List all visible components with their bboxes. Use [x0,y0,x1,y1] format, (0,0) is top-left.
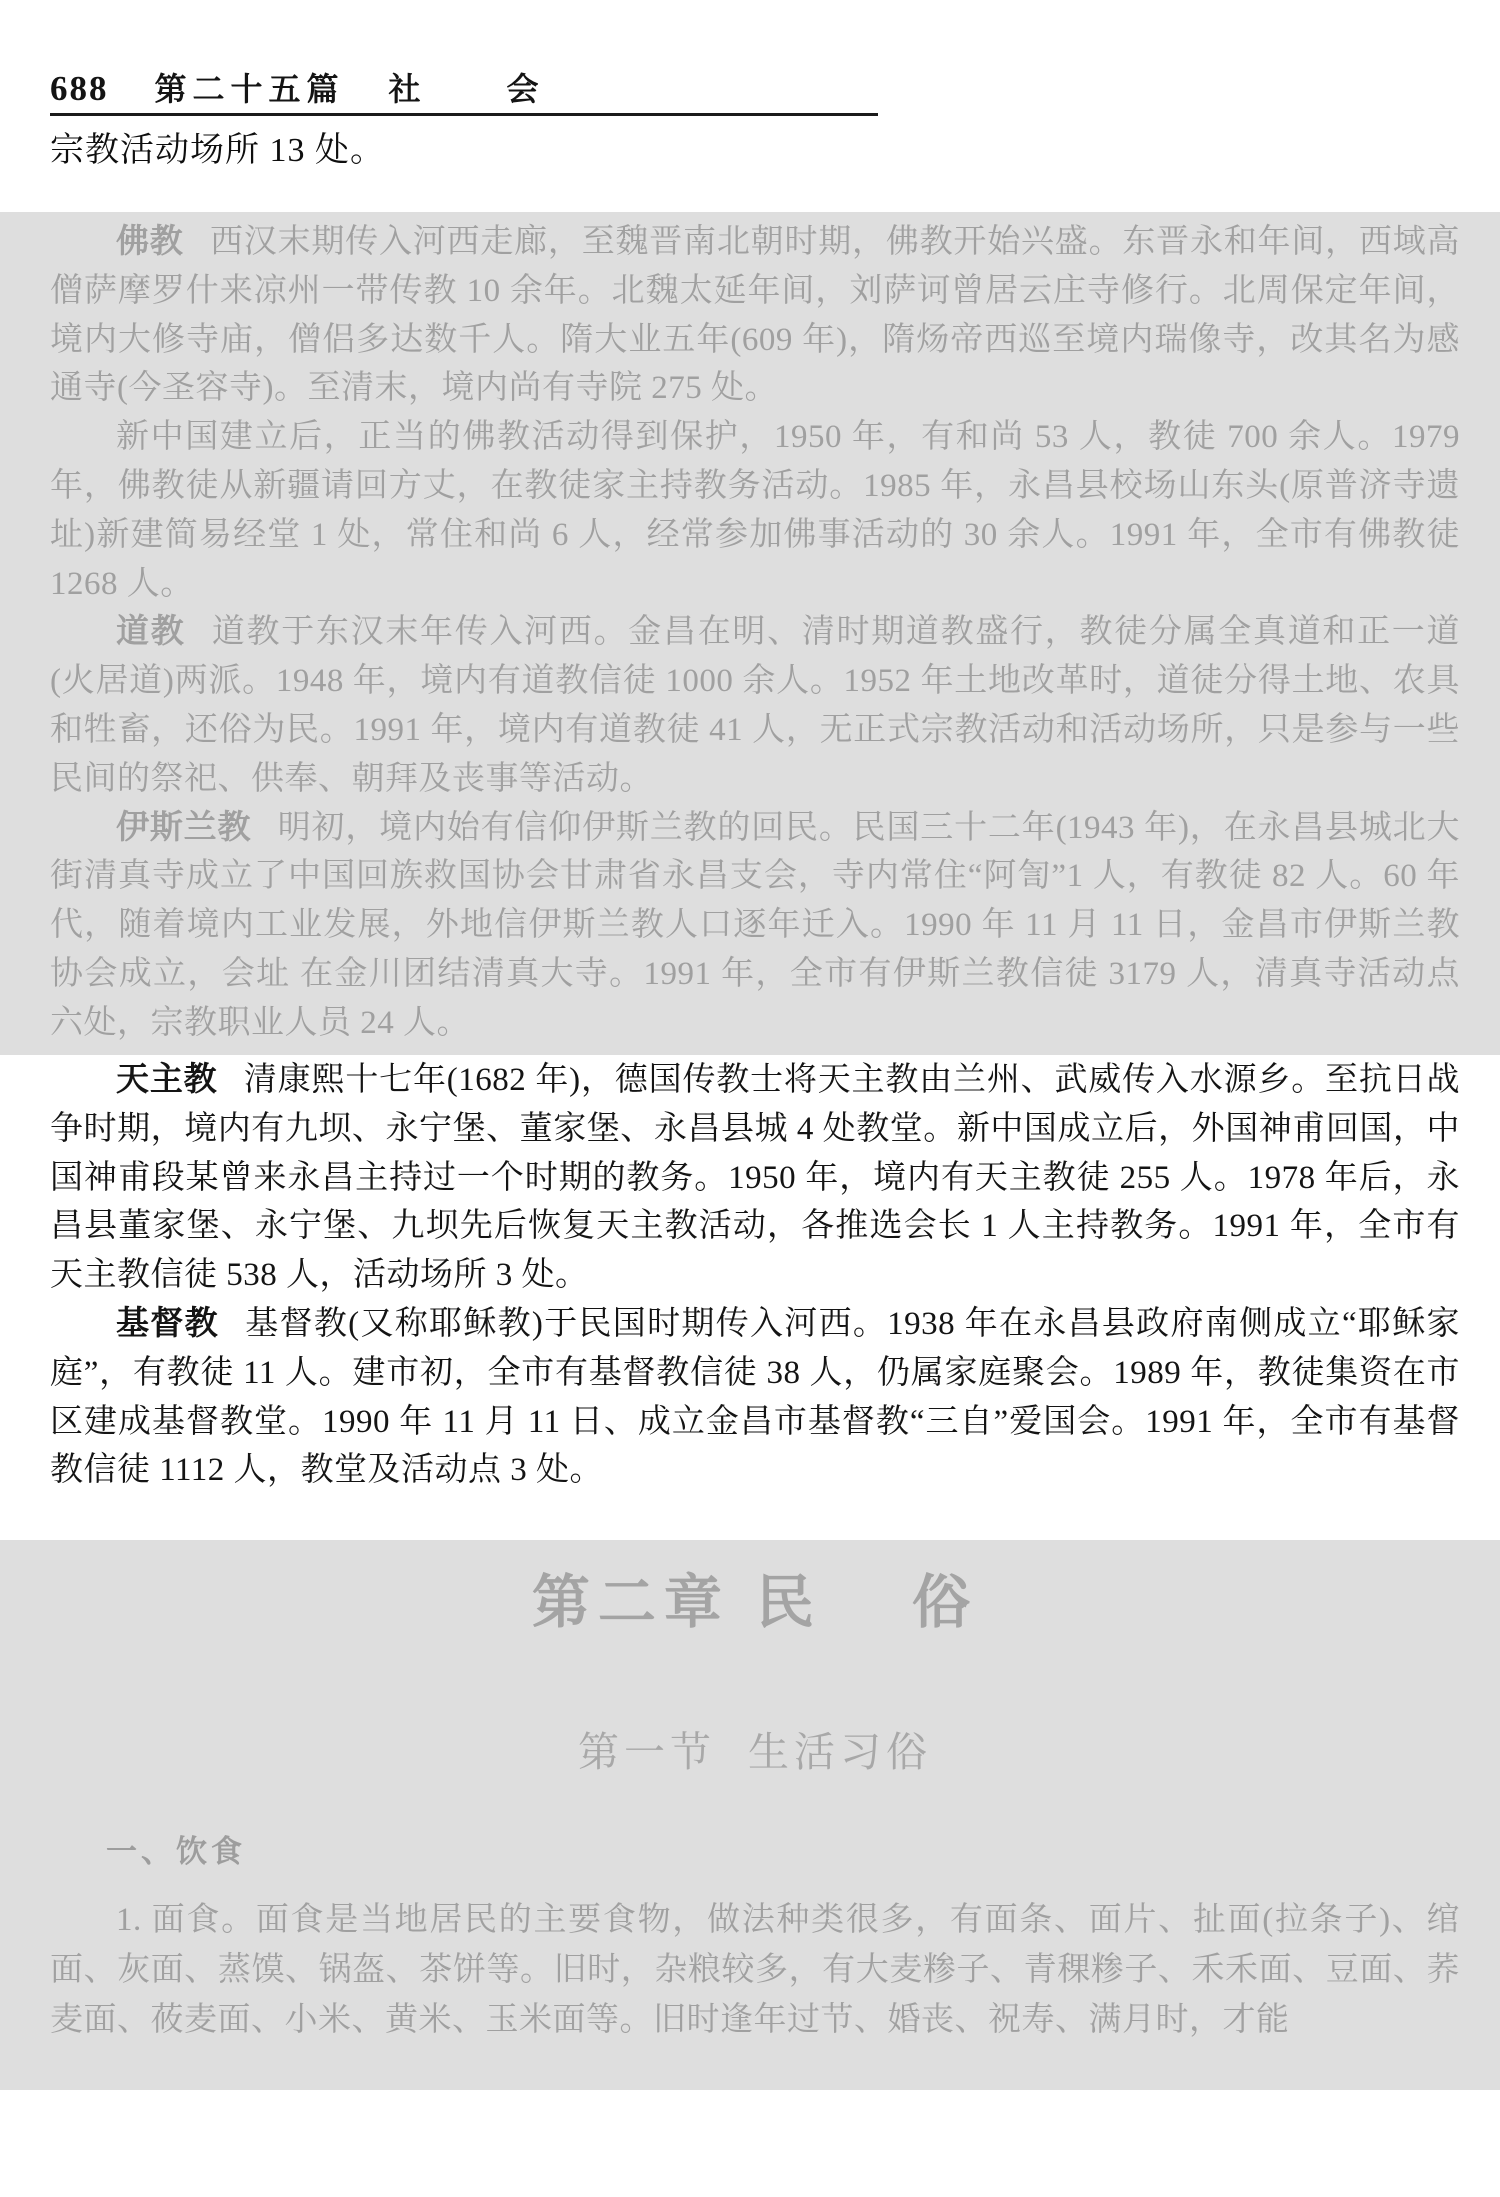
paragraph-taoism: 道教道教于东汉末年传入河西。金昌在明、清时期道教盛行，教徒分属全真道和正一道(火… [50,608,1460,803]
part-title: 社 会 [389,64,539,110]
paragraph-lead-islam: 伊斯兰教 [116,810,251,846]
paragraph-buddhism: 佛教西汉末期传入河西走廊，至魏晋南北朝时期，佛教开始兴盛。东晋永和年间，西域高僧… [50,218,1460,413]
part-label: 第二十五篇 [155,64,345,110]
paragraph-text: 西汉末期传入河西走廊，至魏晋南北朝时期，佛教开始兴盛。东晋永和年间，西域高僧萨摩… [50,224,1460,406]
page-number: 688 [50,69,109,109]
paragraph-buddhism-continued: 新中国建立后，正当的佛教活动得到保护，1950 年，有和尚 53 人，教徒 70… [50,413,1460,608]
chapter-title: 民 俗 [756,1570,978,1635]
paragraph-text: 明初，境内始有信仰伊斯兰教的回民。民国三十二年(1943 年)，在永昌县城北大街… [50,810,1460,1041]
faded-scan-band-religion: 佛教西汉末期传入河西走廊，至魏晋南北朝时期，佛教开始兴盛。东晋永和年间，西域高僧… [0,212,1500,1055]
paragraph-text: 新中国建立后，正当的佛教活动得到保护，1950 年，有和尚 53 人，教徒 70… [50,419,1460,601]
carryover-line: 宗教活动场所 13 处。 [50,122,385,171]
paragraph-lead-christianity: 基督教 [116,1306,219,1342]
section-title: 生活习俗 [748,1729,932,1775]
header-rule [50,113,878,116]
paragraph-catholicism: 天主教清康熙十七年(1682 年)，德国传教士将天主教由兰州、武威传入水源乡。至… [50,1056,1460,1300]
faded-scan-band-folk-customs: 第二章民 俗 第一节生活习俗 一、饮食 1. 面食。面食是当地居民的主要食物，做… [0,1540,1500,2090]
paragraph-islam: 伊斯兰教明初，境内始有信仰伊斯兰教的回民。民国三十二年(1943 年)，在永昌县… [50,804,1460,1048]
paragraph-lead-taoism: 道教 [116,614,185,650]
paragraph-text: 道教于东汉末年传入河西。金昌在明、清时期道教盛行，教徒分属全真道和正一道(火居道… [50,614,1460,796]
paragraph-text: 基督教(又称耶稣教)于民国时期传入河西。1938 年在永昌县政府南侧成立“耶稣家… [50,1306,1460,1488]
paragraph-text: 清康熙十七年(1682 年)，德国传教士将天主教由兰州、武威传入水源乡。至抗日战… [50,1062,1460,1293]
paragraph-lead-catholicism: 天主教 [116,1062,217,1098]
page-header: 688 第二十五篇 社 会 [50,64,539,110]
subsection-heading-diet: 一、饮食 [106,1834,1460,1870]
chapter-heading: 第二章民 俗 [50,1570,1460,1637]
scanned-page: { "page_header": { "page_number": "688",… [0,0,1500,2197]
paragraph-lead-buddhism: 佛教 [116,224,184,260]
ink-text-block: 天主教清康熙十七年(1682 年)，德国传教士将天主教由兰州、武威传入水源乡。至… [0,1056,1500,1495]
paragraph-noodles: 1. 面食。面食是当地居民的主要食物，做法种类很多，有面条、面片、扯面(拉条子)… [50,1895,1460,2045]
paragraph-christianity: 基督教基督教(又称耶稣教)于民国时期传入河西。1938 年在永昌县政府南侧成立“… [50,1300,1460,1495]
section-label: 第一节 [578,1729,716,1775]
chapter-label: 第二章 [532,1570,730,1635]
section-heading: 第一节生活习俗 [50,1729,1460,1776]
